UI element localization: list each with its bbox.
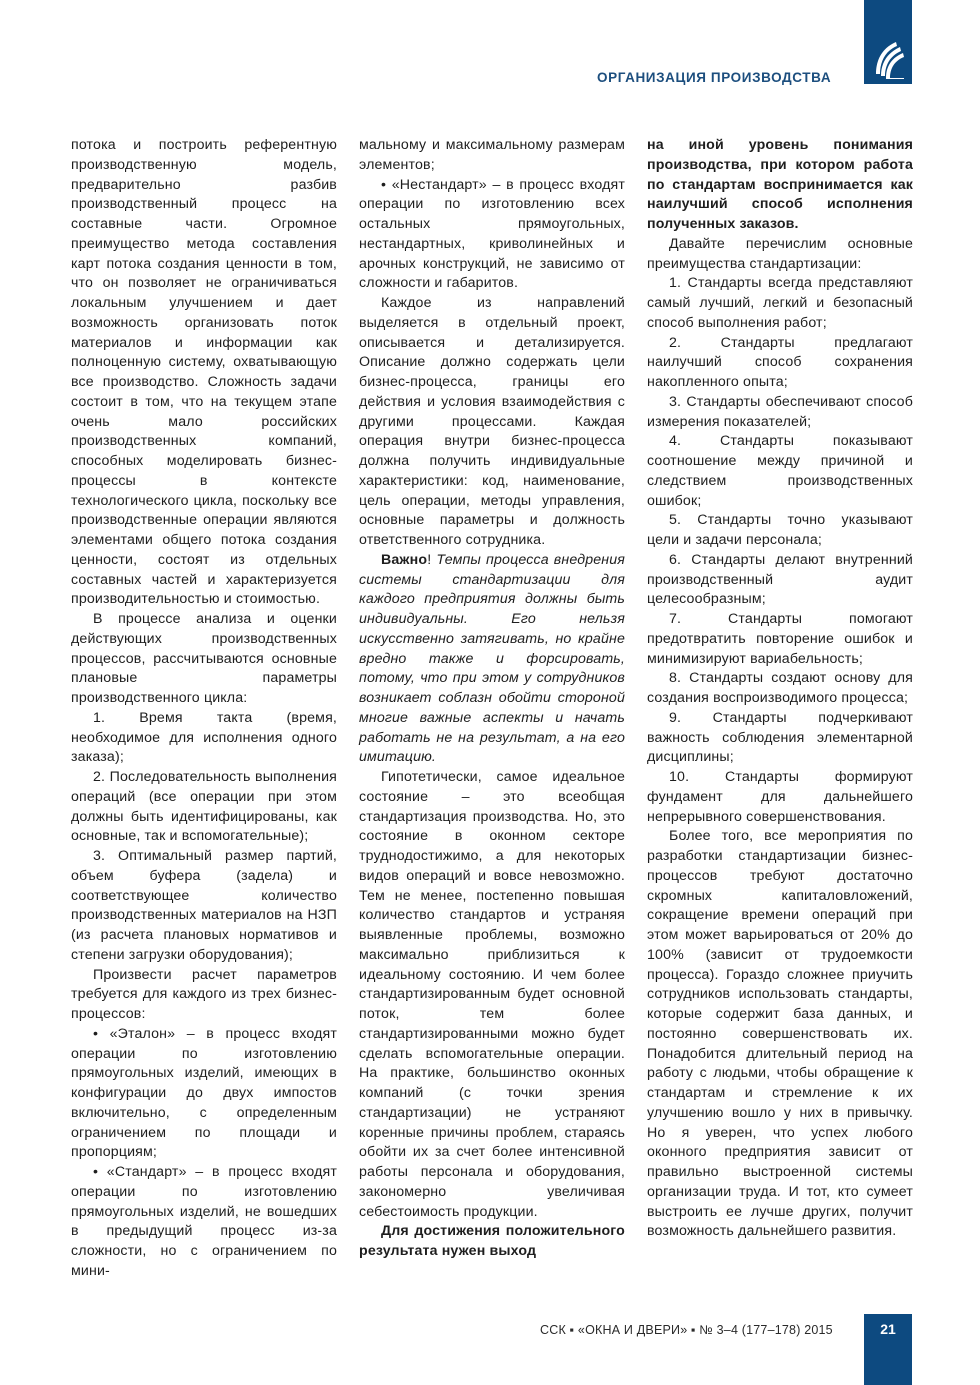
paragraph: Более того, все мероприятия по разработк… [647,827,913,1242]
bold-paragraph: на иной уровень понимания производства, … [647,136,913,235]
article-column-2: мальному и максимальному размерам элемен… [359,136,625,1262]
list-item: 2. Стандарты предлагают наилучший способ… [647,334,913,393]
paragraph: Давайте перечислим основные преимущества… [647,235,913,275]
bullet-item: • «Нестандарт» – в процесс входят операц… [359,176,625,295]
bullet-item: • «Эталон» – в процесс входят операции п… [71,1025,337,1163]
list-item: 6. Стандарты делают внутренний производс… [647,551,913,610]
bold-paragraph: Для достижения положительного результата… [359,1222,625,1262]
paragraph: Гипотетически, самое идеальное состояние… [359,768,625,1222]
stylized-arcs-logo-icon [870,34,906,80]
page-number-tab: 21 [864,1314,912,1385]
important-punct: ! [427,552,436,568]
list-item: 7. Стандарты помогают предотвратить повт… [647,610,913,669]
section-title: ОРГАНИЗАЦИЯ ПРОИЗВОДСТВА [597,70,831,85]
list-item: 4. Стандарты показывают соотношение межд… [647,432,913,511]
important-lead: Важно [381,552,427,568]
paragraph: Произвести расчет параметров требуется д… [71,966,337,1025]
page-number: 21 [864,1321,912,1337]
list-item: 9. Стандарты подчеркивают важность соблю… [647,709,913,768]
paragraph: мальному и максимальному размерам элемен… [359,136,625,176]
important-note: Важно! Темпы процесса внедрения системы … [359,551,625,768]
list-item: 2. Последовательность выполнения операци… [71,768,337,847]
paragraph: В процессе анализа и оценки действующих … [71,610,337,709]
publication-footer: ССК ▪ «ОКНА И ДВЕРИ» ▪ № 3–4 (177–178) 2… [540,1323,833,1337]
list-item: 5. Стандарты точно указывают цели и зада… [647,511,913,551]
list-item: 1. Время такта (время, необходимое для и… [71,709,337,768]
article-column-3: на иной уровень понимания производства, … [647,136,913,1242]
list-item: 3. Оптимальный размер партий, объем буфе… [71,847,337,966]
bullet-item: • «Стандарт» – в процесс входят операции… [71,1163,337,1282]
list-item: 1. Стандарты всегда представляют самый л… [647,274,913,333]
list-item: 10. Стандарты формируют фундамент для да… [647,768,913,827]
list-item: 3. Стандарты обеспечивают способ измерен… [647,393,913,433]
magazine-logo-tab [864,0,912,84]
paragraph: потока и построить референтную производс… [71,136,337,610]
important-text: Темпы процесса внедрения системы стандар… [359,552,625,766]
article-column-1: потока и построить референтную производс… [71,136,337,1282]
paragraph: Каждое из направлений выделяется в отдел… [359,294,625,551]
list-item: 8. Стандарты создают основу для создания… [647,669,913,709]
